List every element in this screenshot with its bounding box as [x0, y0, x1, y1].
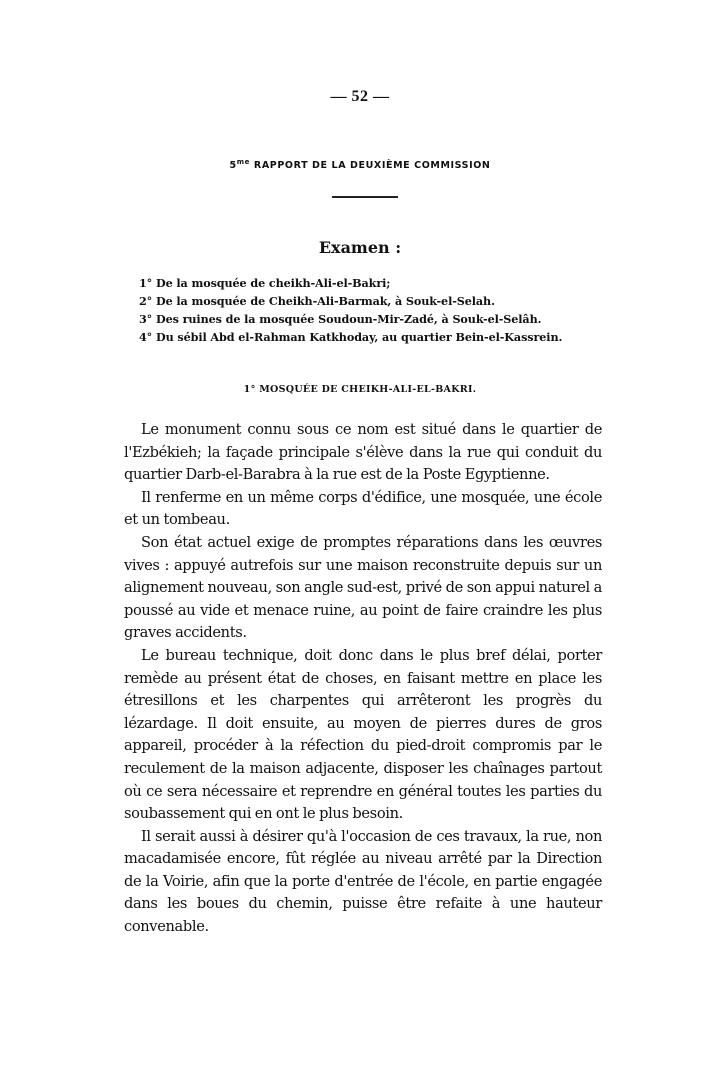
exam-title: Examen :: [0, 238, 720, 257]
paragraph: Le monument connu sous ce nom est situé …: [124, 419, 602, 487]
exam-list-item: 3° Des ruines de la mosquée Soudoun-Mir-…: [139, 310, 562, 328]
exam-list-item: 4° Du sébil Abd el-Rahman Katkhoday, au …: [139, 328, 562, 346]
divider-rule: [332, 196, 398, 198]
section-heading: 1° MOSQUÉE DE CHEIKH-ALI-EL-BAKRI.: [0, 384, 720, 395]
exam-list: 1° De la mosquée de cheikh-Ali-el-Bakri;…: [139, 274, 562, 346]
report-number: 5: [230, 160, 237, 171]
paragraph: Il serait aussi à désirer qu'à l'occasio…: [124, 826, 602, 939]
body-text: Le monument connu sous ce nom est situé …: [124, 419, 602, 939]
report-title: 5me RAPPORT DE LA DEUXIÈME COMMISSION: [0, 158, 720, 171]
report-number-suffix: me: [237, 158, 250, 166]
report-title-text: RAPPORT DE LA DEUXIÈME COMMISSION: [250, 160, 490, 171]
exam-list-item: 2° De la mosquée de Cheikh-Ali-Barmak, à…: [139, 292, 562, 310]
exam-list-item: 1° De la mosquée de cheikh-Ali-el-Bakri;: [139, 274, 562, 292]
paragraph: Il renferme en un même corps d'édifice, …: [124, 487, 602, 532]
paragraph: Le bureau technique, doit donc dans le p…: [124, 645, 602, 826]
page-number: — 52 —: [0, 88, 720, 106]
paragraph: Son état actuel exige de promptes répara…: [124, 532, 602, 645]
